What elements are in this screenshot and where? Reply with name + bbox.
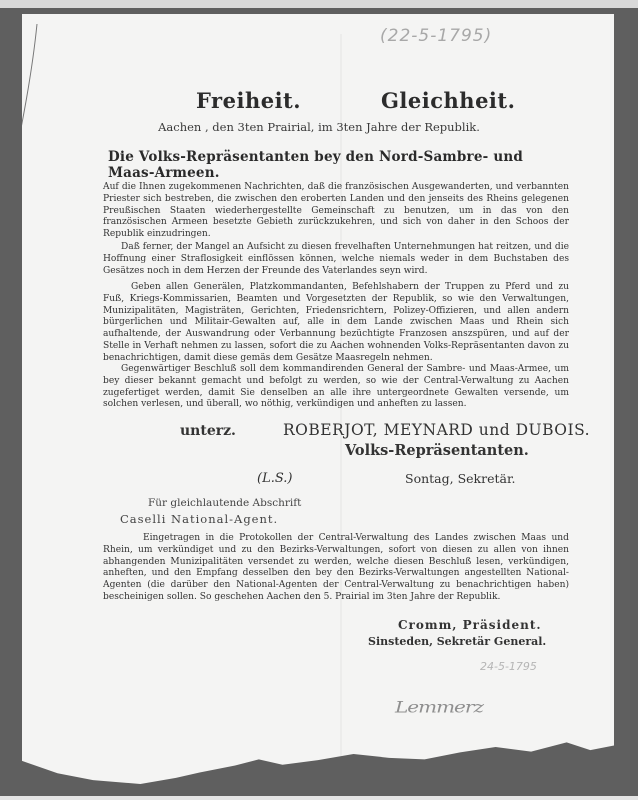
agent-line: Caselli National-Agent. xyxy=(120,512,278,526)
paragraph-3: Geben allen Generälen, Platzkommandanten… xyxy=(103,282,569,365)
paper-crease-line xyxy=(22,14,82,314)
president-line: Cromm, Präsident. xyxy=(398,618,542,632)
motto-freiheit: Freiheit. xyxy=(196,88,301,113)
dateline: Aachen , den 3ten Prairial, im 3ten Jahr… xyxy=(0,120,638,134)
handwritten-signature: Lemmerz xyxy=(395,697,483,716)
paragraph-1: Auf die Ihnen zugekommenen Nachrichten, … xyxy=(103,182,569,241)
scanner-edge-bottom xyxy=(0,796,638,800)
document-heading: Die Volks-Repräsentanten bey den Nord-Sa… xyxy=(108,149,568,181)
signatories-title: Volks-Repräsentanten. xyxy=(345,442,529,459)
motto-gleichheit: Gleichheit. xyxy=(381,88,515,113)
general-secretary-line: Sinsteden, Sekretär General. xyxy=(368,635,546,648)
paragraph-4: Gegenwärtiger Beschluß soll dem kommandi… xyxy=(103,364,569,411)
secretary-line: Sontag, Sekretär. xyxy=(405,471,516,486)
pencil-date-annotation-bottom: 24-5-1795 xyxy=(480,660,537,673)
copy-label: Für gleichlautende Abschrift xyxy=(148,497,301,509)
pencil-date-annotation: (22-5-1795) xyxy=(380,26,492,46)
paragraph-2: Daß ferner, der Mangel an Aufsicht zu di… xyxy=(103,242,569,277)
signature-prefix: unterz. xyxy=(180,423,236,439)
signatories: ROBERJOT, MEYNARD und DUBOIS. xyxy=(283,421,590,439)
seal-mark: (L.S.) xyxy=(257,471,292,486)
registration-paragraph: Eingetragen in die Protokollen der Centr… xyxy=(103,533,569,604)
scanner-edge-top xyxy=(0,0,638,8)
